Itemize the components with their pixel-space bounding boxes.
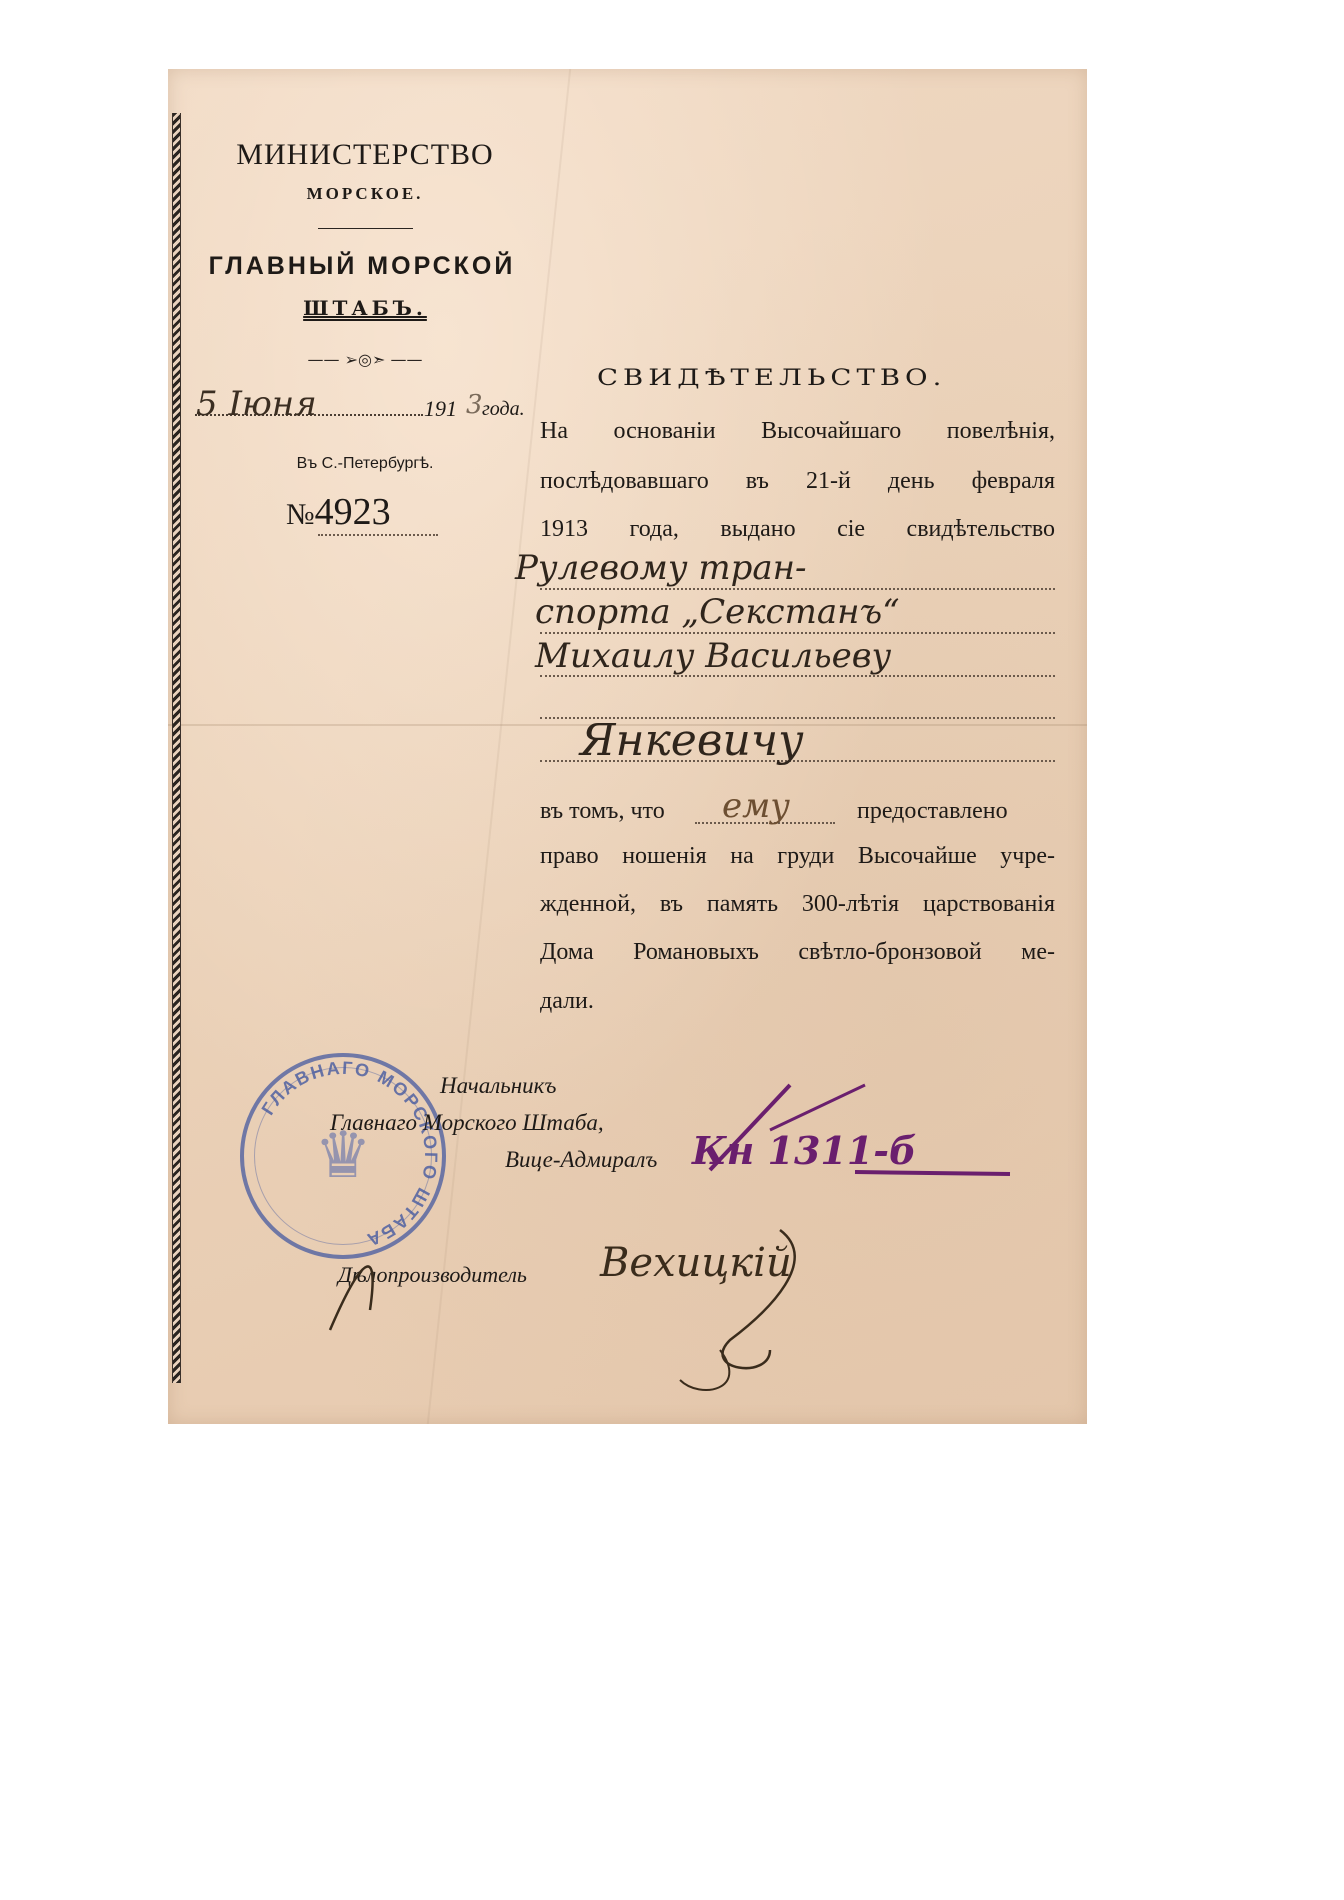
body-line-7: дали. — [540, 988, 594, 1015]
grant-suffix: предоставлено — [857, 798, 1008, 825]
date-handwritten: 5 Іюня — [196, 384, 317, 424]
body-line-3: 1913 года, выдано сіе свидѣтельство — [540, 516, 1055, 543]
body-line-2: послѣдовавшаго въ 21-й день февраля — [540, 468, 1055, 495]
recipient-line-2: спорта „Секстанъ“ — [535, 592, 900, 632]
year-suffix: года. — [482, 398, 525, 421]
city-line: Въ С.-Петербургѣ. — [297, 455, 434, 473]
signatory-title-3: Вице-Адмиралъ — [505, 1147, 657, 1173]
grant-prefix: въ томъ, что — [540, 798, 665, 825]
recipient-line-3: Михаилу Васильеву — [535, 636, 891, 676]
body-line-4: право ношенія на груди Высочайше учре- — [540, 843, 1055, 870]
letterhead-ministry: МИНИСТЕРСТВО — [236, 138, 493, 172]
letterhead-office-sub: ШТАБЪ. — [303, 296, 427, 320]
number-sign: № — [286, 498, 315, 531]
signatory-title-2: Главнаго Морского Штаба, — [330, 1110, 604, 1136]
body-line-5: жденной, въ память 300-лѣтія царствовані… — [540, 891, 1055, 918]
ornament-divider: —— ➢◎➣ —— — [308, 350, 423, 369]
year-prefix: 191 — [424, 396, 457, 422]
divider-rule — [318, 228, 413, 229]
letterhead-ministry-sub: МОРСКОЕ. — [307, 184, 424, 204]
clerk-signature-flourish — [300, 1200, 860, 1400]
grant-handwritten: ему — [722, 786, 790, 826]
body-line-6: Дома Романовыхъ свѣтло-бронзовой ме- — [540, 939, 1055, 966]
signatory-title-1: Начальникъ — [440, 1073, 556, 1099]
number-value: 4923 — [315, 491, 391, 533]
year-digit-handwritten: 3 — [466, 390, 483, 420]
document-number: №4923 — [286, 490, 391, 534]
dotted-line — [540, 632, 1055, 634]
body-line-1: На основаніи Высочайшаго повелѣнія, — [540, 418, 1055, 445]
dotted-line — [540, 588, 1055, 590]
number-dotted-line — [318, 534, 438, 536]
letterhead-office: ГЛАВНЫЙ МОРСКОЙ — [209, 252, 516, 281]
recipient-line-1: Рулевому тран- — [515, 548, 807, 588]
recipient-surname: Янкевичу — [580, 715, 804, 766]
admiral-signature-strokes — [690, 1060, 1050, 1180]
certificate-title: СВИДѢТЕЛЬСТВО. — [597, 366, 946, 391]
perforated-border — [172, 113, 181, 1383]
